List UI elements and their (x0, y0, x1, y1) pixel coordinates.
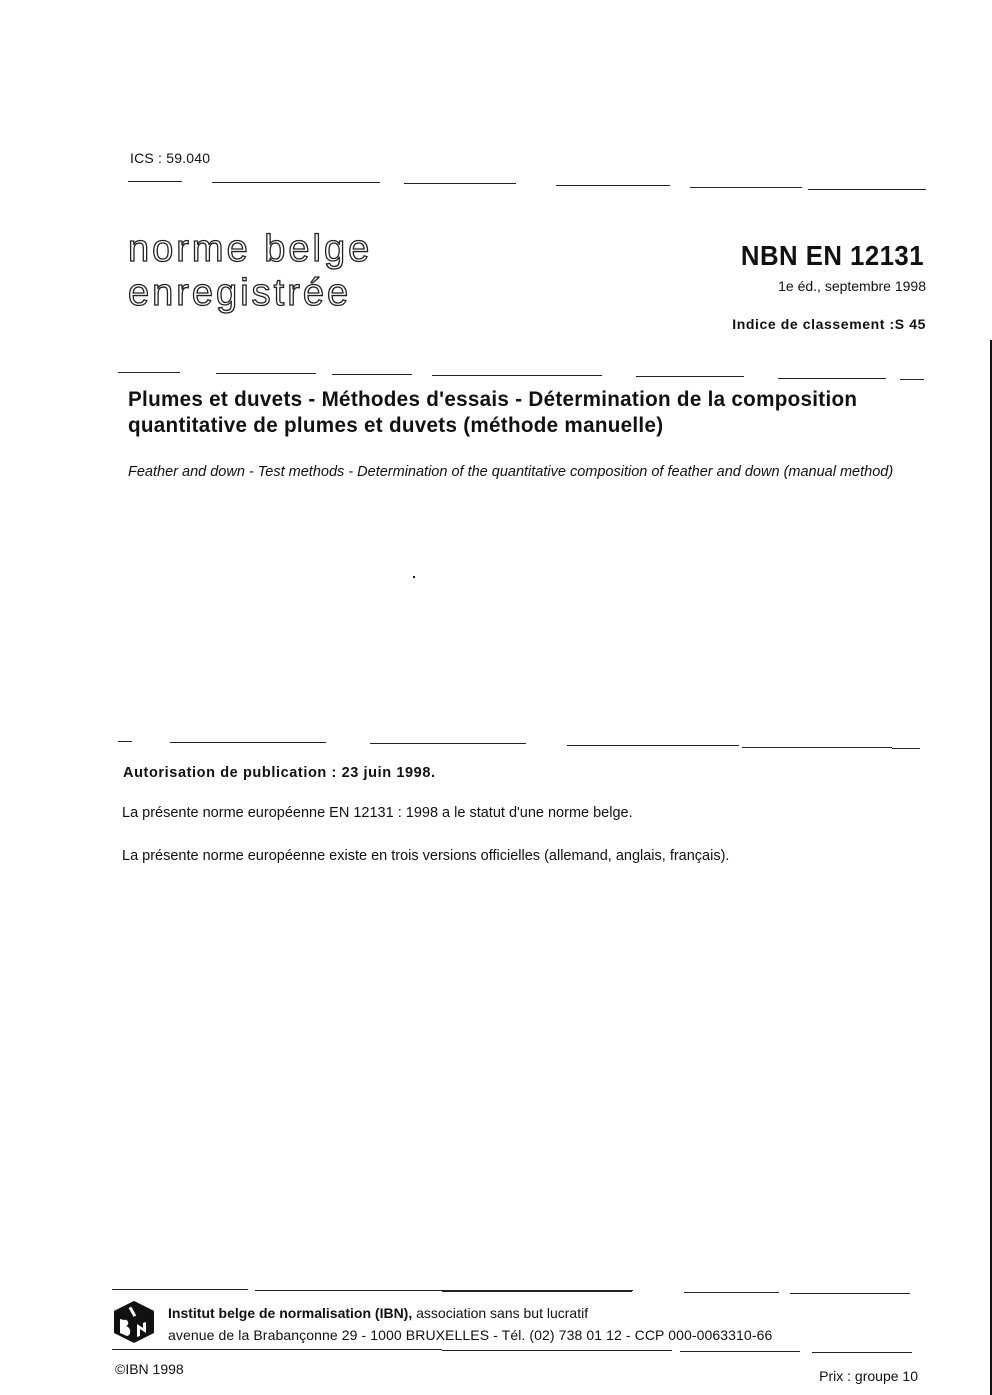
institute-description: association sans but lucratif (412, 1305, 588, 1321)
standard-number: NBN EN 12131 (741, 240, 924, 272)
title-french: Plumes et duvets - Méthodes d'essais - D… (128, 386, 896, 438)
ibn-cube-logo-icon (112, 1299, 156, 1343)
classification-index: Indice de classement :S 45 (732, 316, 926, 332)
copyright: ©IBN 1998 (115, 1361, 184, 1377)
publication-authorization: Autorisation de publication : 23 juin 19… (123, 765, 436, 781)
institute-line: Institut belge de normalisation (IBN), a… (168, 1305, 588, 1321)
institute-address: avenue de la Brabançonne 29 - 1000 BRUXE… (168, 1327, 772, 1343)
institute-name: Institut belge de normalisation (IBN), (168, 1305, 412, 1321)
enregistree-outline: enregistrée (128, 274, 351, 312)
price-group: Prix : groupe 10 (819, 1368, 918, 1384)
versions-paragraph: La présente norme européenne existe en t… (122, 848, 729, 864)
norme-belge-outline: norme belge (128, 230, 372, 268)
edition: 1e éd., septembre 1998 (778, 278, 926, 294)
status-paragraph: La présente norme européenne EN 12131 : … (122, 805, 633, 821)
scan-speck (413, 576, 415, 578)
title-english: Feather and down - Test methods - Determ… (128, 462, 928, 482)
ics-code: ICS : 59.040 (130, 150, 210, 166)
